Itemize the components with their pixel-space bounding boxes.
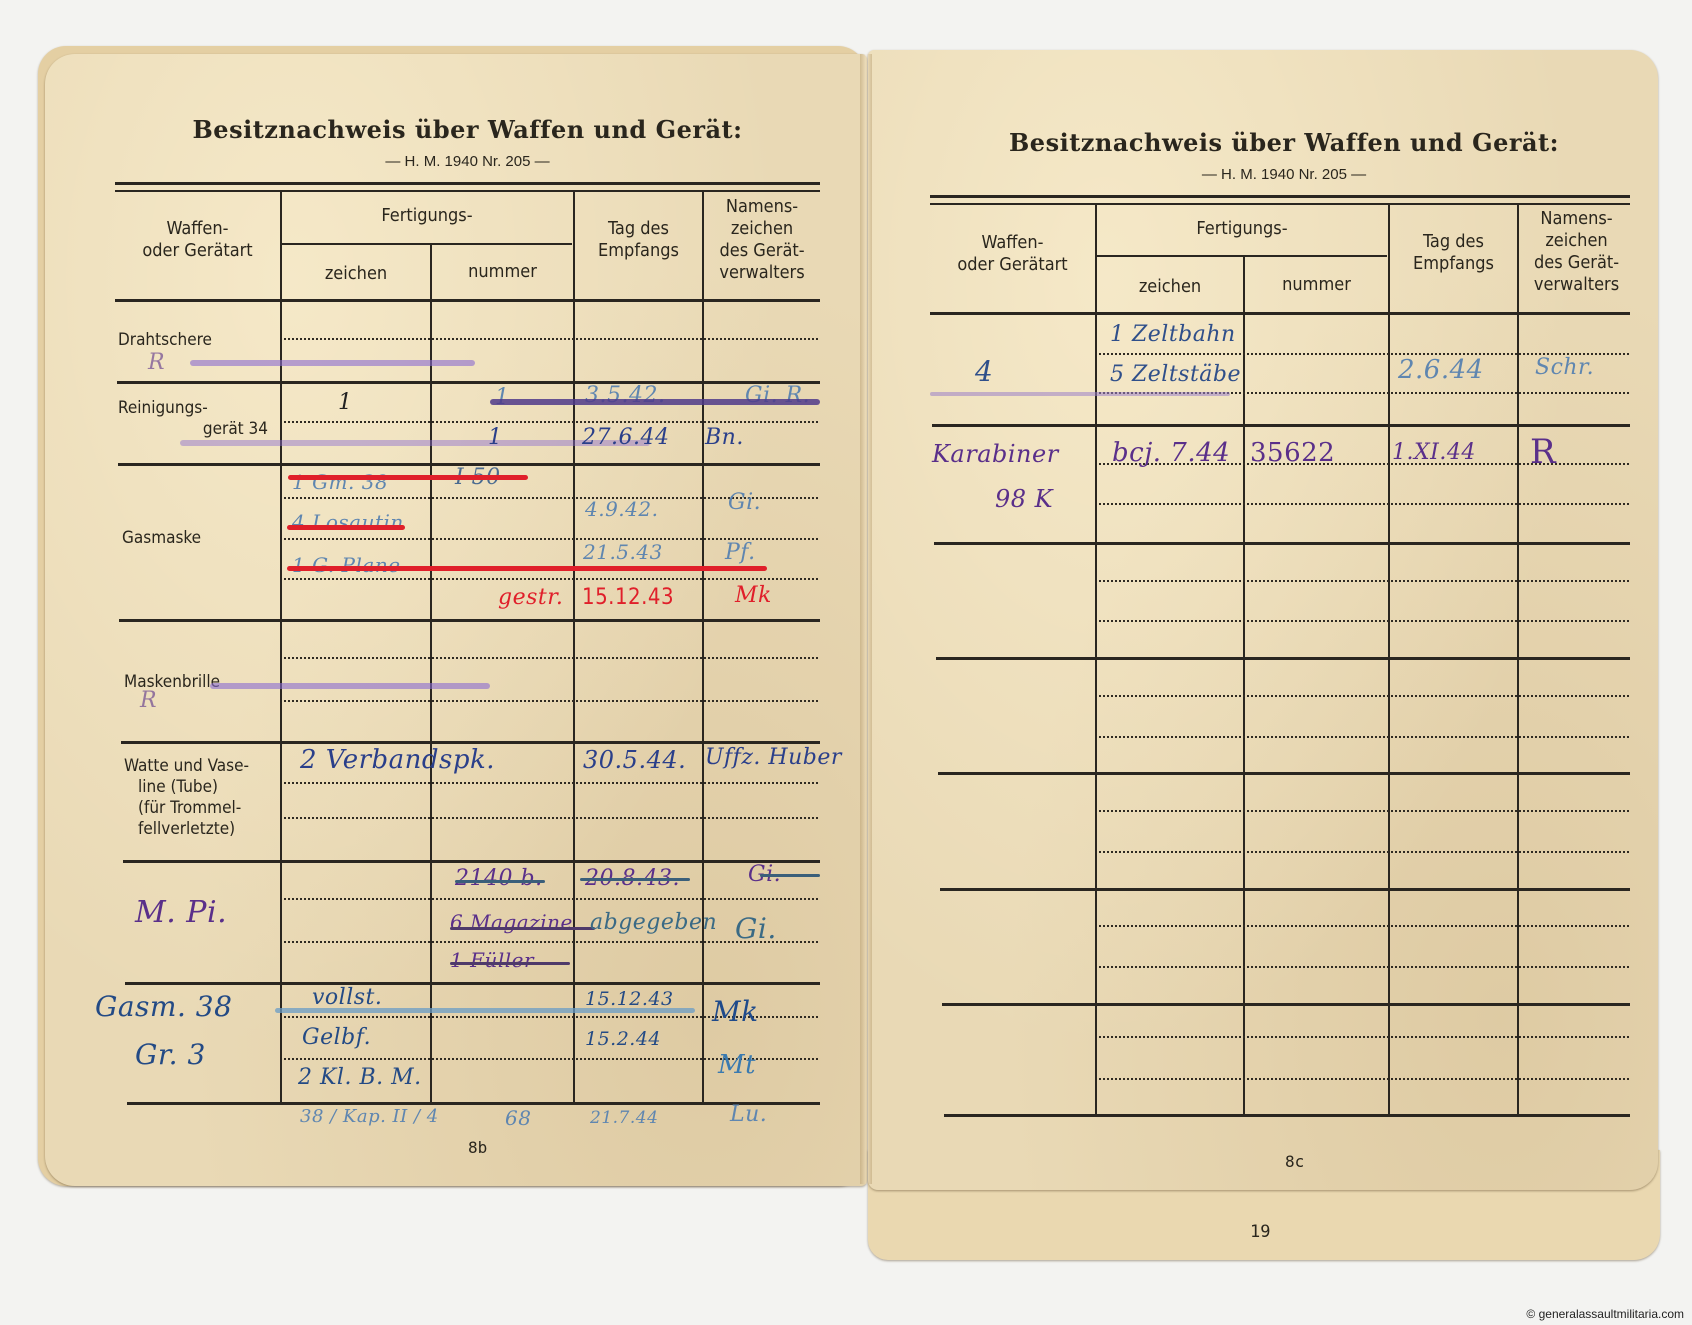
col-divider — [1388, 205, 1390, 1115]
handwritten-gasmaske-tag2: 21.5.43 — [583, 540, 663, 564]
row-label-watte-vaseline: Watte und Vase- line (Tube) (für Trommel… — [124, 756, 249, 840]
table-top-rule — [115, 182, 820, 185]
handwritten-row1-sign: Schr. — [1535, 355, 1594, 380]
header-bottom-rule — [930, 312, 1630, 315]
header-namenszeichen: Namens- zeichen des Gerät- verwalters — [704, 196, 820, 284]
handwritten-karabiner-label-line2: 98 K — [995, 485, 1053, 513]
handwritten-row1-label: 4 — [975, 355, 993, 388]
handwritten-gasm38-label-line2: Gr. 3 — [135, 1038, 206, 1071]
row-rule — [119, 619, 820, 622]
handwritten-gasmaske-line3: 1 G. Plane — [292, 553, 401, 577]
dotted-line — [284, 338, 818, 340]
red-strike — [287, 525, 405, 530]
handwritten-mark: R — [140, 688, 157, 713]
handwritten-karabiner-nummer: 35622 — [1250, 438, 1335, 468]
col-divider — [573, 192, 575, 1102]
handwritten-gasm38-sign1: Mk — [712, 995, 759, 1028]
handwritten-karabiner-label-line1: Karabiner — [932, 440, 1059, 468]
dotted-line — [284, 782, 818, 784]
row-rule — [123, 860, 820, 863]
handwritten-mark: R — [148, 350, 165, 375]
handwritten-row1-line1: 1 Zeltbahn — [1110, 322, 1236, 347]
dotted-line — [1099, 810, 1629, 812]
dotted-line — [1099, 503, 1629, 505]
purple-strike — [180, 440, 650, 446]
header-namenszeichen: Namens- zeichen des Gerät- verwalters — [1519, 208, 1634, 296]
purple-strike — [490, 399, 820, 405]
handwritten-red-note: gestr. — [498, 585, 563, 610]
header-zeichen: zeichen — [282, 263, 430, 285]
purple-strike — [450, 962, 570, 965]
handwritten-mpi-line2-struck: 6 Magazine — [450, 910, 573, 934]
col-divider — [1243, 257, 1245, 1115]
handwritten-footer-nummer: 68 — [505, 1106, 531, 1130]
underlying-page-number: 19 — [1250, 1222, 1270, 1242]
table-bottom-rule — [127, 1102, 820, 1105]
col-divider — [430, 245, 432, 1102]
handwritten-red-tag: 15.12.43 — [582, 585, 674, 610]
handwritten-footer-zeichen: 38 / Kap. II / 4 — [300, 1106, 439, 1127]
handwritten-row1-tag: 2.6.44 — [1398, 355, 1484, 385]
dotted-line — [1099, 620, 1629, 622]
header-zeichen: zeichen — [1097, 276, 1243, 298]
dotted-line — [1099, 1036, 1629, 1038]
handwritten-gasm38-zeichen3: 2 Kl. B. M. — [298, 1065, 422, 1090]
handwritten-footer-sign: Lu. — [730, 1102, 767, 1127]
red-strike — [287, 566, 767, 571]
dotted-line — [284, 421, 818, 423]
handwritten-watte-zeichen: 2 Verbandspk. — [300, 745, 495, 775]
handwritten-watte-tag: 30.5.44. — [583, 746, 686, 774]
header-bottom-rule — [115, 299, 820, 302]
handwritten-gasmaske-sign1: Gi. — [728, 490, 761, 515]
dotted-line — [1099, 695, 1629, 697]
handwritten-nummer: 1 — [488, 425, 503, 450]
dotted-line — [1099, 736, 1629, 738]
left-page-subtitle: — H. M. 1940 Nr. 205 — — [115, 153, 820, 170]
row-rule — [934, 542, 1630, 545]
left-page-number: 8b — [468, 1138, 487, 1157]
row-rule — [117, 381, 820, 384]
handwritten-gasm38-label-line1: Gasm. 38 — [95, 990, 232, 1023]
dotted-line — [284, 657, 818, 659]
dotted-line — [284, 817, 818, 819]
handwritten-gasmaske-sign2: Pf. — [725, 540, 756, 565]
row-label-maskenbrille: Maskenbrille — [124, 672, 220, 693]
right-page-number: 8c — [1285, 1152, 1304, 1171]
header-tag-des-empfangs: Tag des Empfangs — [1390, 231, 1517, 275]
dotted-line — [1099, 851, 1629, 853]
col-divider — [1517, 205, 1519, 1115]
row-label-gasmaske: Gasmaske — [122, 528, 201, 549]
left-page-title: Besitznachweis über Waffen und Gerät: — [115, 115, 820, 144]
header-tag-des-empfangs: Tag des Empfangs — [575, 218, 702, 262]
purple-strike — [930, 392, 1230, 396]
handwritten-mpi-nummer-struck: 2140 b. — [455, 866, 543, 891]
header-nummer: nummer — [432, 261, 573, 283]
handwritten-gasm38-tag1: 15.12.43 — [585, 988, 674, 1010]
col-divider — [1095, 205, 1097, 1115]
table-top-rule — [930, 195, 1630, 198]
handwritten-gasmaske-line2: 4 Losautin — [292, 510, 404, 534]
row-rule — [942, 1003, 1630, 1006]
table-bottom-rule — [944, 1114, 1630, 1117]
handwritten-gasmaske-line1: 1 Gm. 38 — [292, 470, 388, 494]
table-top-rule-thin — [115, 190, 820, 192]
handwritten-watte-sign: Uffz. Huber — [705, 745, 842, 770]
handwritten-karabiner-zeichen: bcj. 7.44 — [1112, 438, 1230, 468]
table-top-rule-thin — [930, 203, 1630, 205]
handwritten-red-sign: Mk — [735, 583, 772, 608]
handwritten-row1-line2: 5 Zeltstäbe — [1110, 362, 1241, 387]
handwritten-gasm38-zeichen1: vollst. — [312, 985, 382, 1010]
handwritten-gasm38-sign2: Mt — [718, 1050, 756, 1080]
dotted-line — [284, 578, 818, 580]
header-fertigungs: Fertigungs- — [1097, 218, 1387, 240]
purple-strike — [210, 683, 490, 689]
purple-strike — [450, 927, 595, 930]
handwritten-mpi-sign2: Gi. — [735, 912, 777, 945]
row-rule — [938, 772, 1630, 775]
header-nummer: nummer — [1245, 274, 1388, 296]
handwritten-mpi-note: abgegeben — [590, 910, 717, 935]
header-fertigungs: Fertigungs- — [282, 205, 572, 227]
col-divider — [702, 192, 704, 1102]
header-waffen: Waffen- oder Gerätart — [115, 218, 280, 262]
handwritten-karabiner-sign: R — [1530, 432, 1556, 472]
header-waffen: Waffen- oder Gerätart — [930, 232, 1095, 276]
purple-strike — [190, 360, 475, 366]
handwritten-gasmaske-tag1: 4.9.42. — [585, 497, 658, 521]
dotted-line — [284, 898, 818, 900]
right-page-title: Besitznachweis über Waffen und Gerät: — [938, 128, 1630, 157]
row-rule — [936, 657, 1630, 660]
blue-strike — [455, 880, 545, 883]
row-rule — [932, 424, 1630, 427]
fertigungs-sub-rule — [282, 243, 572, 245]
blue-strike — [580, 878, 690, 881]
handwritten-sign: Bn. — [705, 425, 744, 450]
col-divider — [280, 192, 282, 1102]
handwritten-karabiner-tag: 1.XI.44 — [1392, 440, 1476, 465]
handwritten-mpi-line3-struck: 1 Füller — [450, 948, 534, 972]
handwritten-gasm38-tag2: 15.2.44 — [585, 1028, 661, 1050]
row-label-reinigungsgeraet: Reinigungs- gerät 34 — [118, 398, 268, 440]
handwritten-mpi-label: M. Pi. — [135, 895, 227, 930]
watermark: © generalassaultmilitaria.com — [1526, 1307, 1684, 1321]
dotted-line — [1099, 925, 1629, 927]
handwritten-gasm38-zeichen2: Gelbf. — [302, 1025, 371, 1050]
dotted-line — [1099, 580, 1629, 582]
dotted-line — [1099, 1078, 1629, 1080]
row-label-drahtschere: Drahtschere — [118, 330, 212, 351]
dotted-line — [284, 700, 818, 702]
red-strike — [288, 475, 528, 480]
fertigungs-sub-rule — [1097, 255, 1387, 257]
row-rule — [940, 888, 1630, 891]
book-spine — [860, 54, 872, 1184]
row-rule — [121, 741, 820, 744]
blue-strike — [760, 874, 820, 877]
row-rule — [125, 982, 820, 985]
handwritten-nummer-struck: 1 — [495, 385, 510, 410]
handwritten-footer-tag: 21.7.44 — [590, 1108, 658, 1128]
right-page-subtitle: — H. M. 1940 Nr. 205 — — [938, 166, 1630, 183]
handwritten-zeichen-struck: 1 — [338, 390, 353, 415]
handwritten-tag: 27.6.44 — [582, 425, 669, 450]
dotted-line — [1099, 966, 1629, 968]
